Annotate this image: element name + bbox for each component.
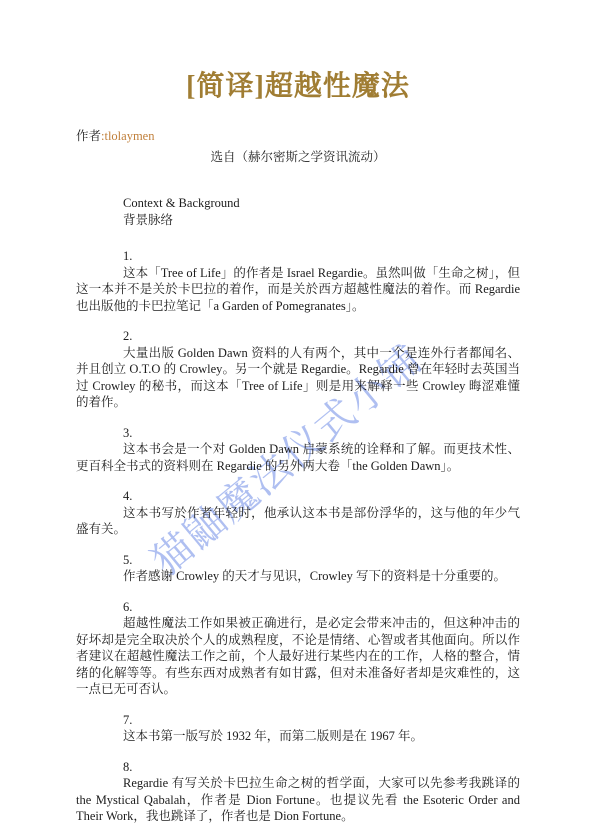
section-2: 2. 大量出版 Golden Dawn 资料的人有两个，其中一个是连外行者都闻名… [76, 328, 520, 411]
section-heading-english: Context & Background [76, 195, 520, 212]
section-number: 3. [76, 425, 520, 442]
section-paragraph: 大量出版 Golden Dawn 资料的人有两个，其中一个是连外行者都闻名、并且… [76, 345, 520, 411]
author-label: 作者 [76, 129, 101, 143]
section-paragraph: 这本书第一版写於 1932 年，而第二版则是在 1967 年。 [76, 728, 520, 745]
section-7: 7. 这本书第一版写於 1932 年，而第二版则是在 1967 年。 [76, 712, 520, 745]
section-8: 8. Regardie 有写关於卡巴拉生命之树的哲学面，大家可以先参考我跳译的 … [76, 759, 520, 824]
author-line: 作者:tlolaymen [76, 128, 520, 145]
section-paragraph: 这本书会是一个对 Golden Dawn 启蒙系统的诠释和了解。而更技术性、更百… [76, 441, 520, 474]
page-title: [简译]超越性魔法 [76, 69, 520, 105]
section-paragraph: 作者感谢 Crowley 的天才与见识，Crowley 写下的资料是十分重要的。 [76, 568, 520, 585]
section-number: 2. [76, 328, 520, 345]
section-number: 6. [76, 599, 520, 616]
section-paragraph: 超越性魔法工作如果被正确进行，是必定会带来冲击的，但这种冲击的好坏却是完全取决於… [76, 615, 520, 698]
section-number: 8. [76, 759, 520, 776]
numbered-sections: 1. 这本「Tree of Life」的作者是 Israel Regardie。… [76, 248, 520, 824]
author-name: :tlolaymen [101, 129, 154, 143]
section-paragraph: Regardie 有写关於卡巴拉生命之树的哲学面，大家可以先参考我跳译的 the… [76, 775, 520, 824]
section-heading: Context & Background 背景脉络 [76, 195, 520, 228]
document-page: 猫鼬魔法仪式小铺 [简译]超越性魔法 作者:tlolaymen 选自（赫尔密斯之… [0, 0, 593, 824]
section-paragraph: 这本「Tree of Life」的作者是 Israel Regardie。虽然叫… [76, 265, 520, 315]
section-5: 5. 作者感谢 Crowley 的天才与见识，Crowley 写下的资料是十分重… [76, 552, 520, 585]
section-1: 1. 这本「Tree of Life」的作者是 Israel Regardie。… [76, 248, 520, 314]
section-number: 7. [76, 712, 520, 729]
source-line: 选自（赫尔密斯之学资讯流动） [76, 149, 520, 166]
document-content: [简译]超越性魔法 作者:tlolaymen 选自（赫尔密斯之学资讯流动） Co… [0, 0, 593, 824]
section-number: 5. [76, 552, 520, 569]
section-3: 3. 这本书会是一个对 Golden Dawn 启蒙系统的诠释和了解。而更技术性… [76, 425, 520, 475]
section-paragraph: 这本书写於作者年轻时，他承认这本书是部份浮华的，这与他的年少气盛有关。 [76, 505, 520, 538]
section-heading-chinese: 背景脉络 [76, 212, 520, 229]
section-4: 4. 这本书写於作者年轻时，他承认这本书是部份浮华的，这与他的年少气盛有关。 [76, 488, 520, 538]
section-6: 6. 超越性魔法工作如果被正确进行，是必定会带来冲击的，但这种冲击的好坏却是完全… [76, 599, 520, 698]
section-number: 4. [76, 488, 520, 505]
section-number: 1. [76, 248, 520, 265]
